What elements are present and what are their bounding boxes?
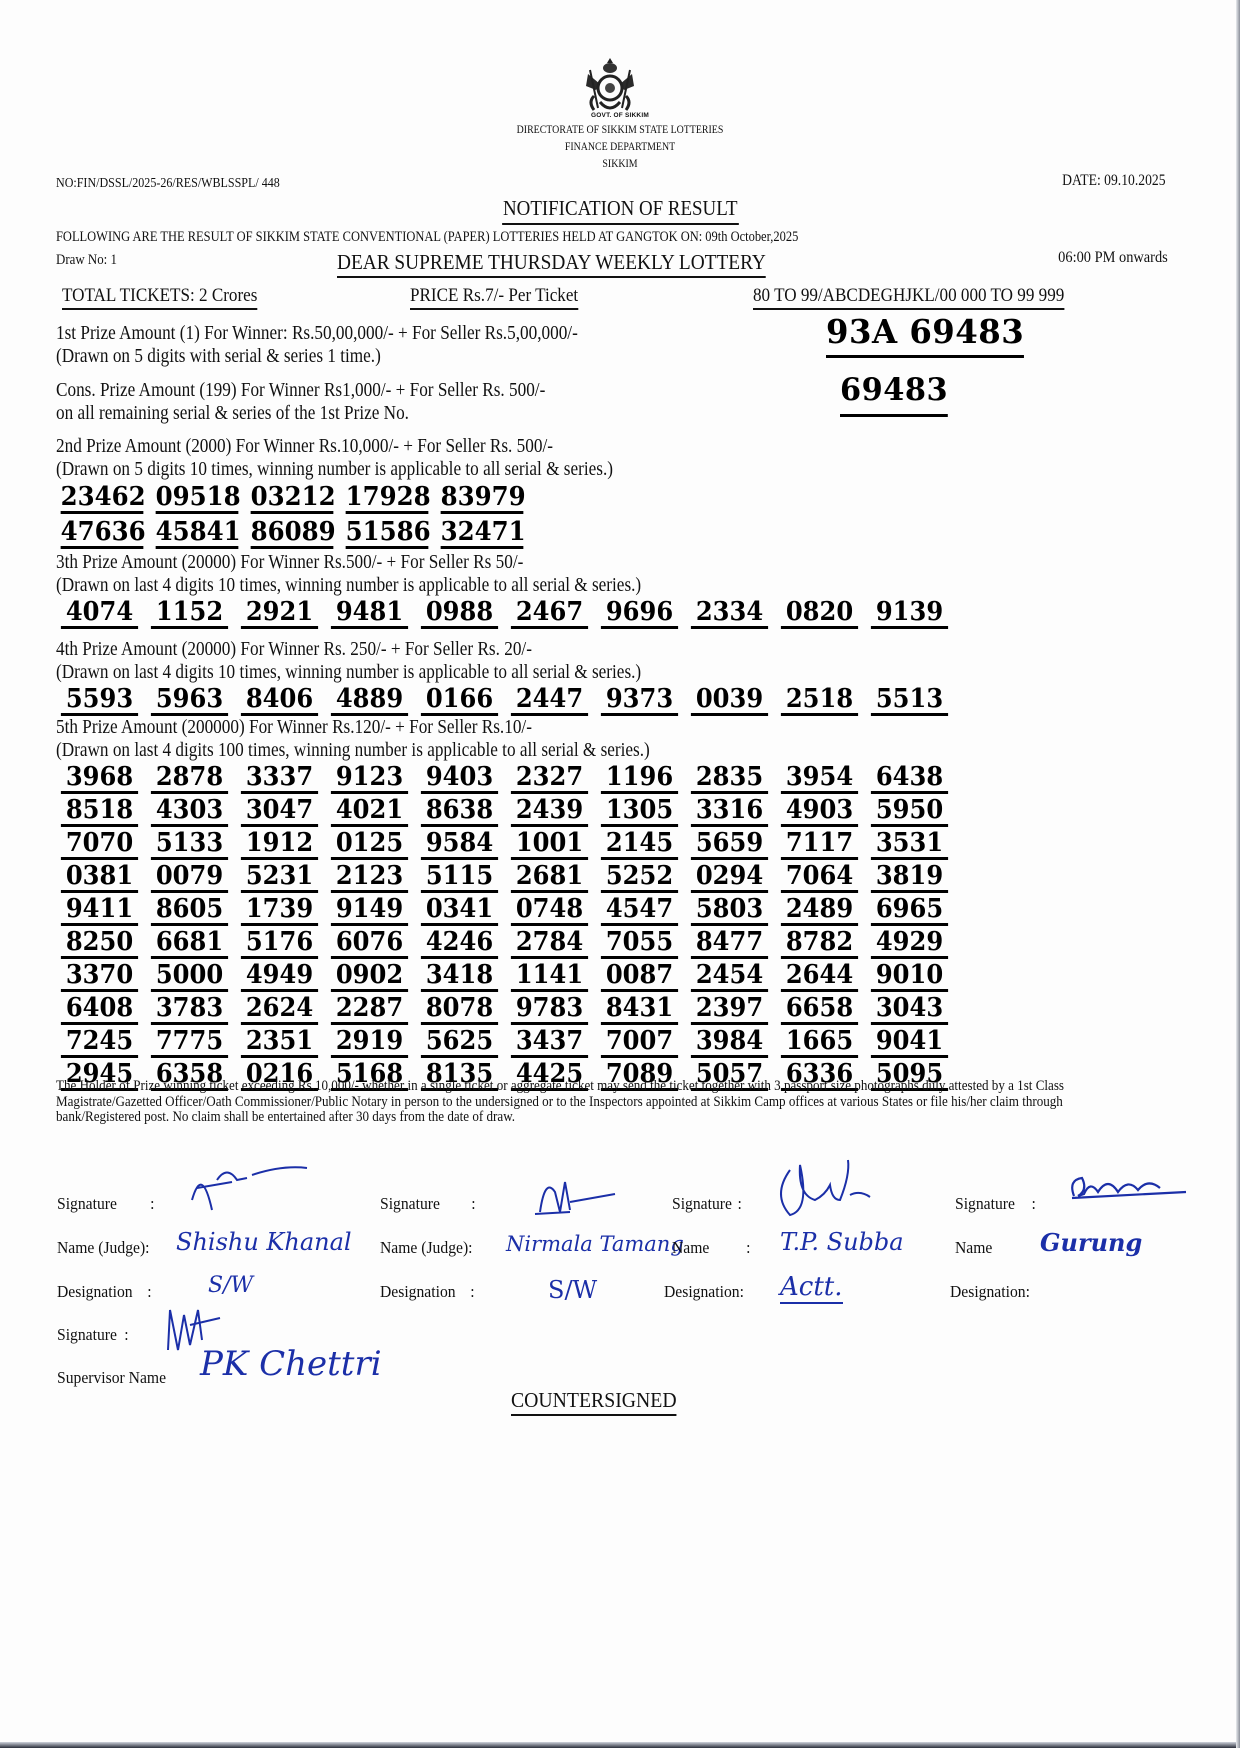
col1-signature-label: Signature:	[57, 1194, 154, 1214]
first-prize-line1: 1st Prize Amount (1) For Winner: Rs.50,0…	[56, 322, 578, 345]
winning-number: 1141	[511, 962, 588, 992]
winning-number: 2921	[241, 599, 318, 629]
first-prize-line2: (Drawn on 5 digits with serial & series …	[56, 345, 578, 368]
draw-number: Draw No: 1	[56, 252, 117, 269]
third-prize-description: 3th Prize Amount (20000) For Winner Rs.5…	[56, 551, 641, 597]
winning-number: 6076	[331, 929, 408, 959]
winning-number: 2123	[331, 863, 408, 893]
winning-number: 8406	[241, 686, 318, 716]
winning-number: 4949	[241, 962, 318, 992]
third-prize-line1: 3th Prize Amount (20000) For Winner Rs.5…	[56, 551, 641, 574]
col2-name-value: Nirmala Tamang	[506, 1232, 684, 1256]
winning-number: 8518	[61, 797, 138, 827]
col2-signature-label: Signature:	[380, 1194, 476, 1214]
supervisor-name-label: Supervisor Name	[57, 1368, 166, 1388]
winning-number: 2878	[151, 764, 228, 794]
winning-number: 5803	[691, 896, 768, 926]
winning-number: 0125	[331, 830, 408, 860]
second-prize-line2: (Drawn on 5 digits 10 times, winning num…	[56, 458, 613, 481]
winning-number: 45841	[156, 519, 239, 549]
winning-number: 9696	[601, 599, 678, 629]
winning-number: 4246	[421, 929, 498, 959]
department-name: FINANCE DEPARTMENT	[87, 141, 1153, 153]
countersigned-label: COUNTERSIGNED	[511, 1388, 677, 1416]
winning-number: 0039	[691, 686, 768, 716]
winning-number: 7117	[781, 830, 858, 860]
col1-name-value: Shishu Khanal	[176, 1228, 352, 1256]
winning-number: 9584	[421, 830, 498, 860]
fourth-prize-numbers: 5593596384064889016624479373003925185513	[58, 686, 951, 716]
winning-number: 3370	[61, 962, 138, 992]
third-prize-line2: (Drawn on last 4 digits 10 times, winnin…	[56, 574, 641, 597]
winning-number: 0381	[61, 863, 138, 893]
winning-number: 4547	[601, 896, 678, 926]
winning-number: 9041	[871, 1028, 948, 1058]
consolation-prize-number: 69483	[840, 372, 948, 417]
winning-number: 2334	[691, 599, 768, 629]
winning-number: 0166	[421, 686, 498, 716]
winning-number: 7055	[601, 929, 678, 959]
winning-number: 6408	[61, 995, 138, 1025]
winning-number: 3819	[871, 863, 948, 893]
reference-number: NO:FIN/DSSL/2025-26/RES/WBLSSPL/ 448	[56, 176, 280, 192]
winning-number: 4074	[61, 599, 138, 629]
winning-number: 7064	[781, 863, 858, 893]
consolation-prize-description: Cons. Prize Amount (199) For Winner Rs1,…	[56, 379, 545, 425]
winning-number: 2397	[691, 995, 768, 1025]
winning-number: 6965	[871, 896, 948, 926]
winning-number: 2327	[511, 764, 588, 794]
winning-number: 3783	[151, 995, 228, 1025]
winning-number: 9411	[61, 896, 138, 926]
claim-instructions: The Holder of Prize winning ticket excee…	[56, 1078, 1131, 1125]
col2-designation-value: S/W	[548, 1276, 597, 1304]
winning-number: 7007	[601, 1028, 678, 1058]
fourth-prize-line2: (Drawn on last 4 digits 10 times, winnin…	[56, 661, 641, 684]
winning-number: 3418	[421, 962, 498, 992]
total-tickets: TOTAL TICKETS: 2 Crores	[62, 285, 257, 310]
first-prize-description: 1st Prize Amount (1) For Winner: Rs.50,0…	[56, 322, 578, 368]
fifth-prize-description: 5th Prize Amount (200000) For Winner Rs.…	[56, 716, 650, 762]
winning-number: 2287	[331, 995, 408, 1025]
col3-signature	[770, 1155, 880, 1225]
col1-name-label: Name (Judge):	[57, 1238, 150, 1258]
second-prize-numbers: 2346209518032121792883979476364584186089…	[58, 484, 526, 549]
fourth-prize-line1: 4th Prize Amount (20000) For Winner Rs. …	[56, 638, 641, 661]
col1-signature	[172, 1160, 312, 1220]
col2-name-label: Name (Judge):	[380, 1238, 473, 1258]
winning-number: 2489	[781, 896, 858, 926]
winning-number: 0902	[331, 962, 408, 992]
winning-number: 0748	[511, 896, 588, 926]
winning-number: 5176	[241, 929, 318, 959]
winning-number: 0294	[691, 863, 768, 893]
winning-number: 6681	[151, 929, 228, 959]
winning-number: 1196	[601, 764, 678, 794]
winning-number: 8605	[151, 896, 228, 926]
winning-number: 5950	[871, 797, 948, 827]
winning-number: 2784	[511, 929, 588, 959]
winning-number: 3531	[871, 830, 948, 860]
winning-number: 3043	[871, 995, 948, 1025]
winning-number: 86089	[251, 519, 334, 549]
winning-number: 9139	[871, 599, 948, 629]
winning-number: 9403	[421, 764, 498, 794]
winning-number: 3337	[241, 764, 318, 794]
winning-number: 3047	[241, 797, 318, 827]
winning-number: 4903	[781, 797, 858, 827]
winning-number: 4889	[331, 686, 408, 716]
winning-number: 2681	[511, 863, 588, 893]
winning-number: 4929	[871, 929, 948, 959]
winning-number: 5625	[421, 1028, 498, 1058]
supervisor-signature-label: Signature:	[57, 1325, 129, 1345]
consolation-line1: Cons. Prize Amount (199) For Winner Rs1,…	[56, 379, 545, 402]
first-prize-number: 93A 69483	[826, 312, 1024, 358]
winning-number: 1152	[151, 599, 228, 629]
col4-designation-label: Designation:	[950, 1282, 1030, 1302]
winning-number: 3954	[781, 764, 858, 794]
winning-number: 7245	[61, 1028, 138, 1058]
winning-number: 7775	[151, 1028, 228, 1058]
winning-number: 2835	[691, 764, 768, 794]
winning-number: 6438	[871, 764, 948, 794]
winning-number: 1665	[781, 1028, 858, 1058]
winning-number: 03212	[251, 484, 334, 514]
winning-number: 9149	[331, 896, 408, 926]
winning-number: 8431	[601, 995, 678, 1025]
winning-number: 3316	[691, 797, 768, 827]
winning-number: 9010	[871, 962, 948, 992]
lottery-name: DEAR SUPREME THURSDAY WEEKLY LOTTERY	[337, 250, 766, 278]
draw-held-statement: FOLLOWING ARE THE RESULT OF SIKKIM STATE…	[56, 229, 798, 246]
winning-number: 5000	[151, 962, 228, 992]
winning-number: 8477	[691, 929, 768, 959]
notification-date: DATE: 09.10.2025	[1063, 172, 1166, 190]
winning-number: 5231	[241, 863, 318, 893]
winning-number: 8250	[61, 929, 138, 959]
govt-label: GOVT. OF SIKKIM	[0, 112, 1240, 119]
draw-time: 06:00 PM onwards	[1058, 249, 1168, 267]
winning-number: 83979	[441, 484, 524, 514]
winning-number: 0988	[421, 599, 498, 629]
winning-number: 4021	[331, 797, 408, 827]
scan-edge-right	[1236, 0, 1240, 1748]
winning-number: 09518	[156, 484, 239, 514]
winning-number: 2454	[691, 962, 768, 992]
winning-number: 2145	[601, 830, 678, 860]
winning-number: 0087	[601, 962, 678, 992]
winning-number: 4303	[151, 797, 228, 827]
winning-number: 3968	[61, 764, 138, 794]
ticket-price: PRICE Rs.7/- Per Ticket	[410, 285, 578, 310]
col4-name-label: Name	[955, 1238, 992, 1258]
winning-number: 9373	[601, 686, 678, 716]
winning-number: 2518	[781, 686, 858, 716]
winning-number: 2447	[511, 686, 588, 716]
winning-number: 5115	[421, 863, 498, 893]
winning-number: 9123	[331, 764, 408, 794]
winning-number: 47636	[61, 519, 144, 549]
directorate-name: DIRECTORATE OF SIKKIM STATE LOTTERIES	[87, 124, 1153, 136]
winning-number: 8078	[421, 995, 498, 1025]
title-text: NOTIFICATION OF RESULT	[502, 196, 738, 225]
winning-number: 5252	[601, 863, 678, 893]
winning-number: 1305	[601, 797, 678, 827]
winning-number: 5513	[871, 686, 948, 716]
consolation-line2: on all remaining serial & series of the …	[56, 402, 545, 425]
page-title: NOTIFICATION OF RESULT	[0, 196, 1240, 225]
fifth-prize-numbers: 3968287833379123940323271196283539546438…	[58, 764, 951, 1091]
state-name: SIKKIM	[87, 158, 1153, 170]
fourth-prize-description: 4th Prize Amount (20000) For Winner Rs. …	[56, 638, 641, 684]
col2-signature	[530, 1172, 620, 1222]
sikkim-state-emblem-icon	[578, 56, 642, 116]
winning-number: 9481	[331, 599, 408, 629]
winning-number: 8638	[421, 797, 498, 827]
second-prize-line1: 2nd Prize Amount (2000) For Winner Rs.10…	[56, 435, 613, 458]
winning-number: 5659	[691, 830, 768, 860]
winning-number: 1001	[511, 830, 588, 860]
col1-designation-label: Designation:	[57, 1282, 152, 1302]
winning-number: 0820	[781, 599, 858, 629]
winning-number: 0079	[151, 863, 228, 893]
winning-number: 5133	[151, 830, 228, 860]
second-prize-description: 2nd Prize Amount (2000) For Winner Rs.10…	[56, 435, 613, 481]
col3-designation-label: Designation:	[664, 1282, 744, 1302]
winning-number: 3437	[511, 1028, 588, 1058]
series-range: 80 TO 99/ABCDEGHJKL/00 000 TO 99 999	[753, 285, 1064, 310]
winning-number: 17928	[346, 484, 429, 514]
winning-number: 1912	[241, 830, 318, 860]
winning-number: 32471	[441, 519, 524, 549]
col3-name-label: Name:	[672, 1238, 751, 1258]
winning-number: 3984	[691, 1028, 768, 1058]
third-prize-numbers: 4074115229219481098824679696233408209139	[58, 599, 951, 629]
supervisor-name-value: PK Chettri	[200, 1344, 382, 1384]
fifth-prize-line1: 5th Prize Amount (200000) For Winner Rs.…	[56, 716, 650, 739]
winning-number: 0341	[421, 896, 498, 926]
winning-number: 1739	[241, 896, 318, 926]
winning-number: 5593	[61, 686, 138, 716]
col3-designation-value: Actt.	[780, 1272, 843, 1304]
winning-number: 51586	[346, 519, 429, 549]
col3-name-value: T.P. Subba	[780, 1228, 904, 1256]
col4-name-value: Gurung	[1040, 1228, 1142, 1257]
fifth-prize-line2: (Drawn on last 4 digits 100 times, winni…	[56, 739, 650, 762]
col4-signature	[1068, 1170, 1188, 1204]
winning-number: 9783	[511, 995, 588, 1025]
winning-number: 23462	[61, 484, 144, 514]
winning-number: 2919	[331, 1028, 408, 1058]
winning-number: 8782	[781, 929, 858, 959]
winning-number: 7070	[61, 830, 138, 860]
col4-signature-label: Signature:	[955, 1194, 1036, 1214]
winning-number: 5963	[151, 686, 228, 716]
winning-number: 2467	[511, 599, 588, 629]
winning-number: 2439	[511, 797, 588, 827]
winning-number: 6658	[781, 995, 858, 1025]
winning-number: 2351	[241, 1028, 318, 1058]
col3-signature-label: Signature:	[672, 1194, 742, 1214]
winning-number: 2644	[781, 962, 858, 992]
col2-designation-label: Designation:	[380, 1282, 475, 1302]
winning-number: 2624	[241, 995, 318, 1025]
scan-edge-bottom	[0, 1742, 1240, 1748]
